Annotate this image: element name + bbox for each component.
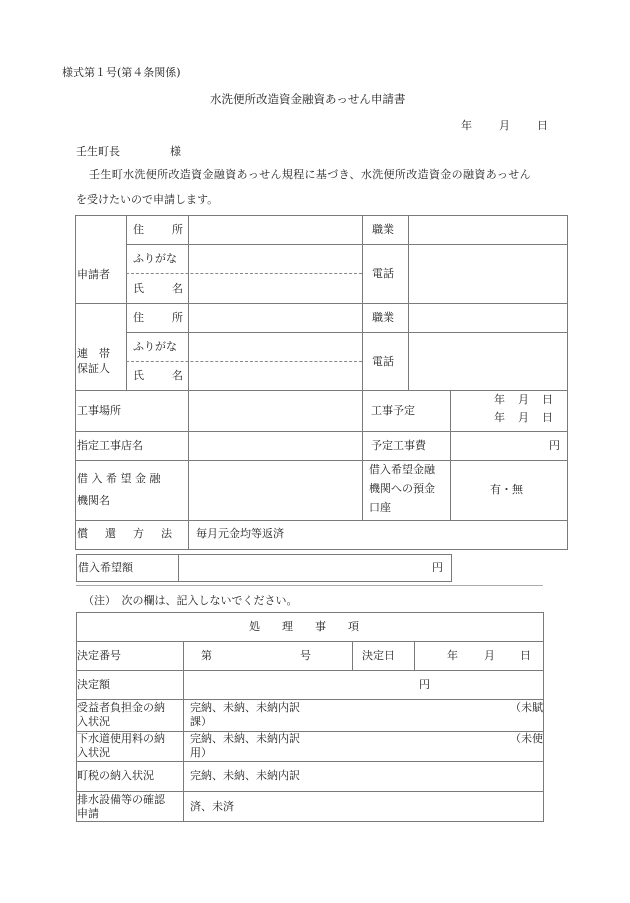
grid-line — [76, 761, 544, 762]
applicant-address-input[interactable] — [190, 216, 361, 243]
deposit-label-line2: 機関への預金 — [369, 482, 435, 496]
cost-input[interactable]: 円 — [452, 432, 566, 459]
applicant-phone-input[interactable] — [410, 245, 566, 302]
applicant-label: 申請者 — [77, 268, 110, 282]
section-separator — [76, 585, 543, 586]
table-border — [75, 549, 568, 550]
schedule-end-month: 月 — [518, 411, 529, 425]
table-border — [76, 821, 544, 822]
table-border — [76, 581, 452, 582]
decision-date-day: 日 — [520, 649, 531, 663]
repayment-label: 償 還 方 法 — [77, 527, 175, 541]
table-border — [451, 554, 452, 582]
applicant-occupation-label: 職業 — [372, 223, 394, 237]
applicant-occupation-input[interactable] — [410, 216, 566, 243]
cost-unit: 円 — [549, 439, 560, 453]
bank-input[interactable] — [190, 461, 361, 519]
repayment-value: 毎月元金均等返済 — [196, 527, 284, 541]
row-label-line2: 申請 — [77, 807, 99, 821]
row-label-line2: 入状況 — [77, 746, 110, 760]
grid-line — [362, 215, 363, 550]
contractor-input[interactable] — [190, 432, 361, 459]
guarantor-address-input[interactable] — [190, 304, 361, 331]
row-value-right: （未賦 — [510, 701, 543, 715]
form-number: 様式第１号(第４条関係) — [62, 66, 181, 80]
guarantor-label-line2: 保証人 — [77, 362, 110, 376]
schedule-start-month: 月 — [518, 393, 529, 407]
body-text-line1: 壬生町水洗便所改造資金融資あっせん規程に基づき、水洗便所改造資金の融資あっせん — [89, 168, 531, 182]
work-site-label: 工事場所 — [77, 404, 121, 418]
decision-date-label: 決定日 — [362, 649, 395, 663]
note-text: （注） 次の欄は、記入しないでください。 — [83, 594, 298, 608]
row-value-line2: 用） — [190, 746, 212, 760]
table-border — [76, 554, 77, 582]
grid-line — [188, 215, 189, 550]
applicant-furigana-input[interactable] — [190, 245, 361, 272]
grid-line — [76, 641, 544, 642]
body-text-line2: を受けたいので申請します。 — [76, 193, 218, 207]
decision-number-label: 決定番号 — [77, 649, 121, 663]
loan-amount-input[interactable]: 円 — [180, 555, 450, 581]
guarantor-occupation-input[interactable] — [410, 304, 566, 331]
date-month: 月 — [499, 119, 510, 133]
guarantor-furigana-input[interactable] — [190, 333, 361, 360]
decision-amount-unit: 円 — [419, 678, 430, 692]
deposit-label-line3: 口座 — [369, 501, 391, 515]
grid-line — [178, 554, 179, 582]
applicant-phone-label: 電話 — [372, 267, 394, 281]
grid-line — [450, 390, 451, 520]
schedule-end-day: 日 — [542, 411, 553, 425]
row-value: 済、未済 — [190, 800, 234, 814]
processing-title: 処 理 事 項 — [249, 620, 359, 634]
schedule-input[interactable]: 年 月 日 年 月 日 — [452, 391, 566, 430]
guarantor-address-label-a: 住 — [133, 311, 144, 325]
guarantor-phone-label: 電話 — [372, 355, 394, 369]
cost-label: 予定工事費 — [371, 439, 426, 453]
grid-line — [352, 641, 353, 670]
table-border — [76, 612, 544, 613]
decision-amount-label: 決定額 — [77, 678, 110, 692]
contractor-label: 指定工事店名 — [77, 439, 143, 453]
row-label-line1: 排水設備等の確認 — [77, 793, 165, 807]
guarantor-occupation-label: 職業 — [372, 311, 394, 325]
loan-amount-label: 借入希望額 — [78, 561, 133, 575]
row-value: 完納、未納、未納内訳 — [190, 732, 300, 746]
row-label-line1: 下水道使用料の納 — [77, 732, 165, 746]
deposit-yes-no-selector[interactable]: 有・無 — [490, 483, 523, 497]
decision-number-suffix: 号 — [300, 649, 311, 663]
date-day: 日 — [537, 119, 548, 133]
row-value: 完納、未納、未納内訳 — [190, 701, 300, 715]
bank-label-line2: 機関名 — [77, 494, 110, 508]
guarantor-label-line1: 連 帯 — [77, 347, 110, 361]
row-label-line2: 入状況 — [77, 715, 110, 729]
schedule-end-year: 年 — [494, 411, 505, 425]
row-label-line1: 受益者負担金の納 — [77, 701, 165, 715]
address-label-a: 住 — [133, 223, 144, 237]
guarantor-name-label-a: 氏 — [133, 369, 144, 383]
name-label-b: 名 — [172, 282, 183, 296]
table-border — [567, 215, 568, 550]
guarantor-name-label-b: 名 — [172, 369, 183, 383]
row-value-line2: 課） — [190, 715, 212, 729]
grid-line — [76, 699, 544, 700]
schedule-start-year: 年 — [494, 393, 505, 407]
row-value: 完納、未納、未納内訳 — [190, 769, 300, 783]
name-label-a: 氏 — [133, 282, 144, 296]
honorific: 様 — [170, 145, 181, 159]
schedule-label: 工事予定 — [371, 404, 415, 418]
grid-line — [414, 641, 415, 670]
grid-line — [183, 641, 184, 822]
schedule-start-day: 日 — [542, 393, 553, 407]
work-site-input[interactable] — [190, 391, 361, 430]
table-border — [75, 215, 76, 550]
decision-date-month: 月 — [484, 649, 495, 663]
grid-line — [76, 670, 544, 671]
date-year: 年 — [461, 119, 472, 133]
decision-number-prefix: 第 — [201, 649, 212, 663]
dashed-divider — [126, 273, 362, 274]
grid-line — [76, 791, 544, 792]
row-value-right: （未使 — [510, 732, 543, 746]
guarantor-phone-input[interactable] — [410, 333, 566, 389]
address-label-b: 所 — [172, 223, 183, 237]
bank-label-line1: 借 入 希 望 金 融 — [77, 472, 160, 486]
loan-amount-unit: 円 — [432, 561, 443, 575]
deposit-label-line1: 借入希望金融 — [369, 463, 435, 477]
guarantor-furigana-label: ふりがな — [133, 340, 177, 354]
decision-date-year: 年 — [447, 649, 458, 663]
row-label-line1: 町税の納入状況 — [77, 769, 154, 783]
furigana-label: ふりがな — [133, 252, 177, 266]
guarantor-name-input[interactable] — [190, 362, 361, 389]
guarantor-address-label-b: 所 — [172, 311, 183, 325]
document-title: 水洗便所改造資金融資あっせん申請書 — [210, 92, 405, 106]
applicant-name-input[interactable] — [190, 275, 361, 302]
addressee: 壬生町長 — [76, 145, 120, 159]
